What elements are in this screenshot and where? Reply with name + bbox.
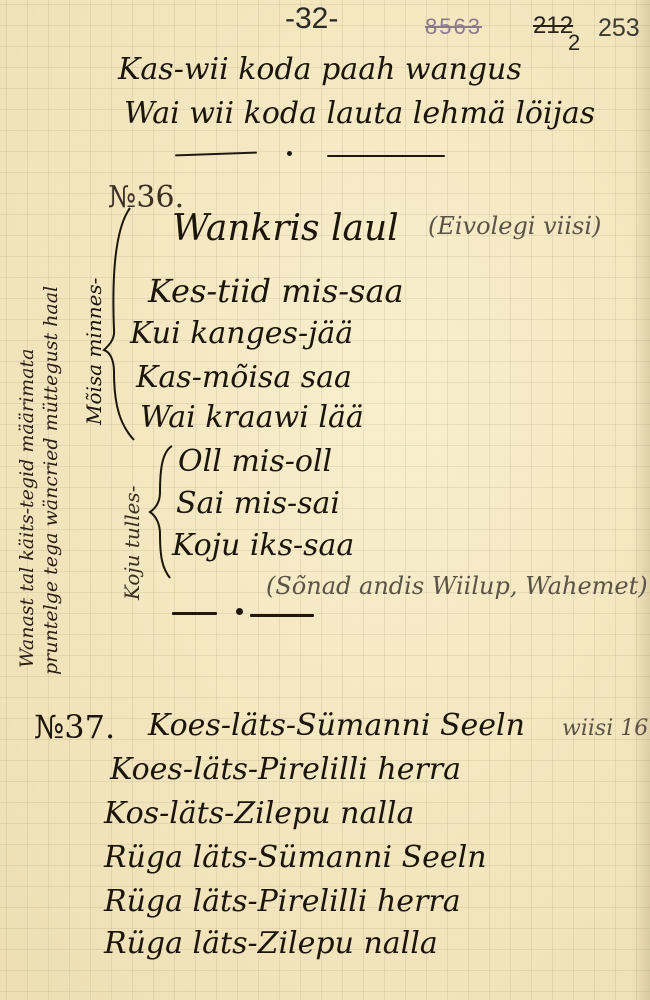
verse-2-line-2: Sai mis-sai [176, 486, 340, 521]
old-number-correction: 2 [568, 30, 580, 56]
song-36-title: Wankris laul [172, 208, 399, 249]
verse-2-line-1: Oll mis-oll [178, 444, 332, 479]
end-rule-right [250, 614, 314, 617]
left-margin-note-line-2: pruntelge tega wäncried müttegust haal [40, 286, 62, 675]
page-number: -32- [285, 2, 338, 36]
previous-song-line-2: Wai wii koda lauta lehmä löijas [124, 96, 595, 131]
song-37-number: №37. [34, 708, 115, 746]
song-37-line-3: Kos-läts-Zilepu nalla [104, 796, 414, 831]
page-edge-shadow [632, 0, 650, 1000]
verse-1-line-4: Wai kraawi lää [140, 400, 364, 435]
song-37-line-6: Rüga läts-Zilepu nalla [104, 926, 438, 961]
end-dot [236, 608, 243, 615]
verse-1-line-1: Kes-tiid mis-saa [148, 272, 404, 310]
verse-1-brace [100, 200, 140, 440]
manuscript-page: -32- 8563 212 2 253 Kas-wii koda paah wa… [0, 0, 650, 1000]
archive-number: 253 [598, 14, 640, 43]
left-margin-note-line-1: Wanast tal käits-tegid määrimata [16, 349, 38, 668]
verse-2-margin-label: Koju tulles- [120, 486, 144, 600]
verse-1-line-2: Kui kanges-jää [130, 316, 353, 351]
song-36-title-note: (Eivolegi viisi) [428, 212, 601, 240]
song-37-line-4: Rüga läts-Sümanni Seeln [104, 840, 487, 875]
divider-right [327, 155, 445, 157]
divider-dot [287, 151, 292, 156]
song-37-line-1: Koes-läts-Sümanni Seeln [148, 708, 525, 743]
song-36-source-note: (Sõnad andis Wiilup, Wahemet) [266, 572, 648, 600]
song-37-line-2: Koes-läts-Pirelilli herra [110, 752, 461, 787]
verse-1-line-3: Kas-mõisa saa [136, 360, 352, 395]
verse-2-brace [142, 440, 182, 580]
end-rule-left [172, 612, 217, 615]
divider-left [175, 152, 257, 157]
song-37-line-5: Rüga läts-Pirelilli herra [104, 884, 461, 919]
struck-stamp-number: 8563 [425, 14, 482, 40]
song-37-side-note: wiisi 16 [562, 716, 648, 741]
verse-2-line-3: Koju iks-saa [172, 528, 354, 563]
previous-song-line-1: Kas-wii koda paah wangus [118, 52, 522, 87]
verse-1-margin-label: Mõisa minnes- [82, 278, 106, 425]
